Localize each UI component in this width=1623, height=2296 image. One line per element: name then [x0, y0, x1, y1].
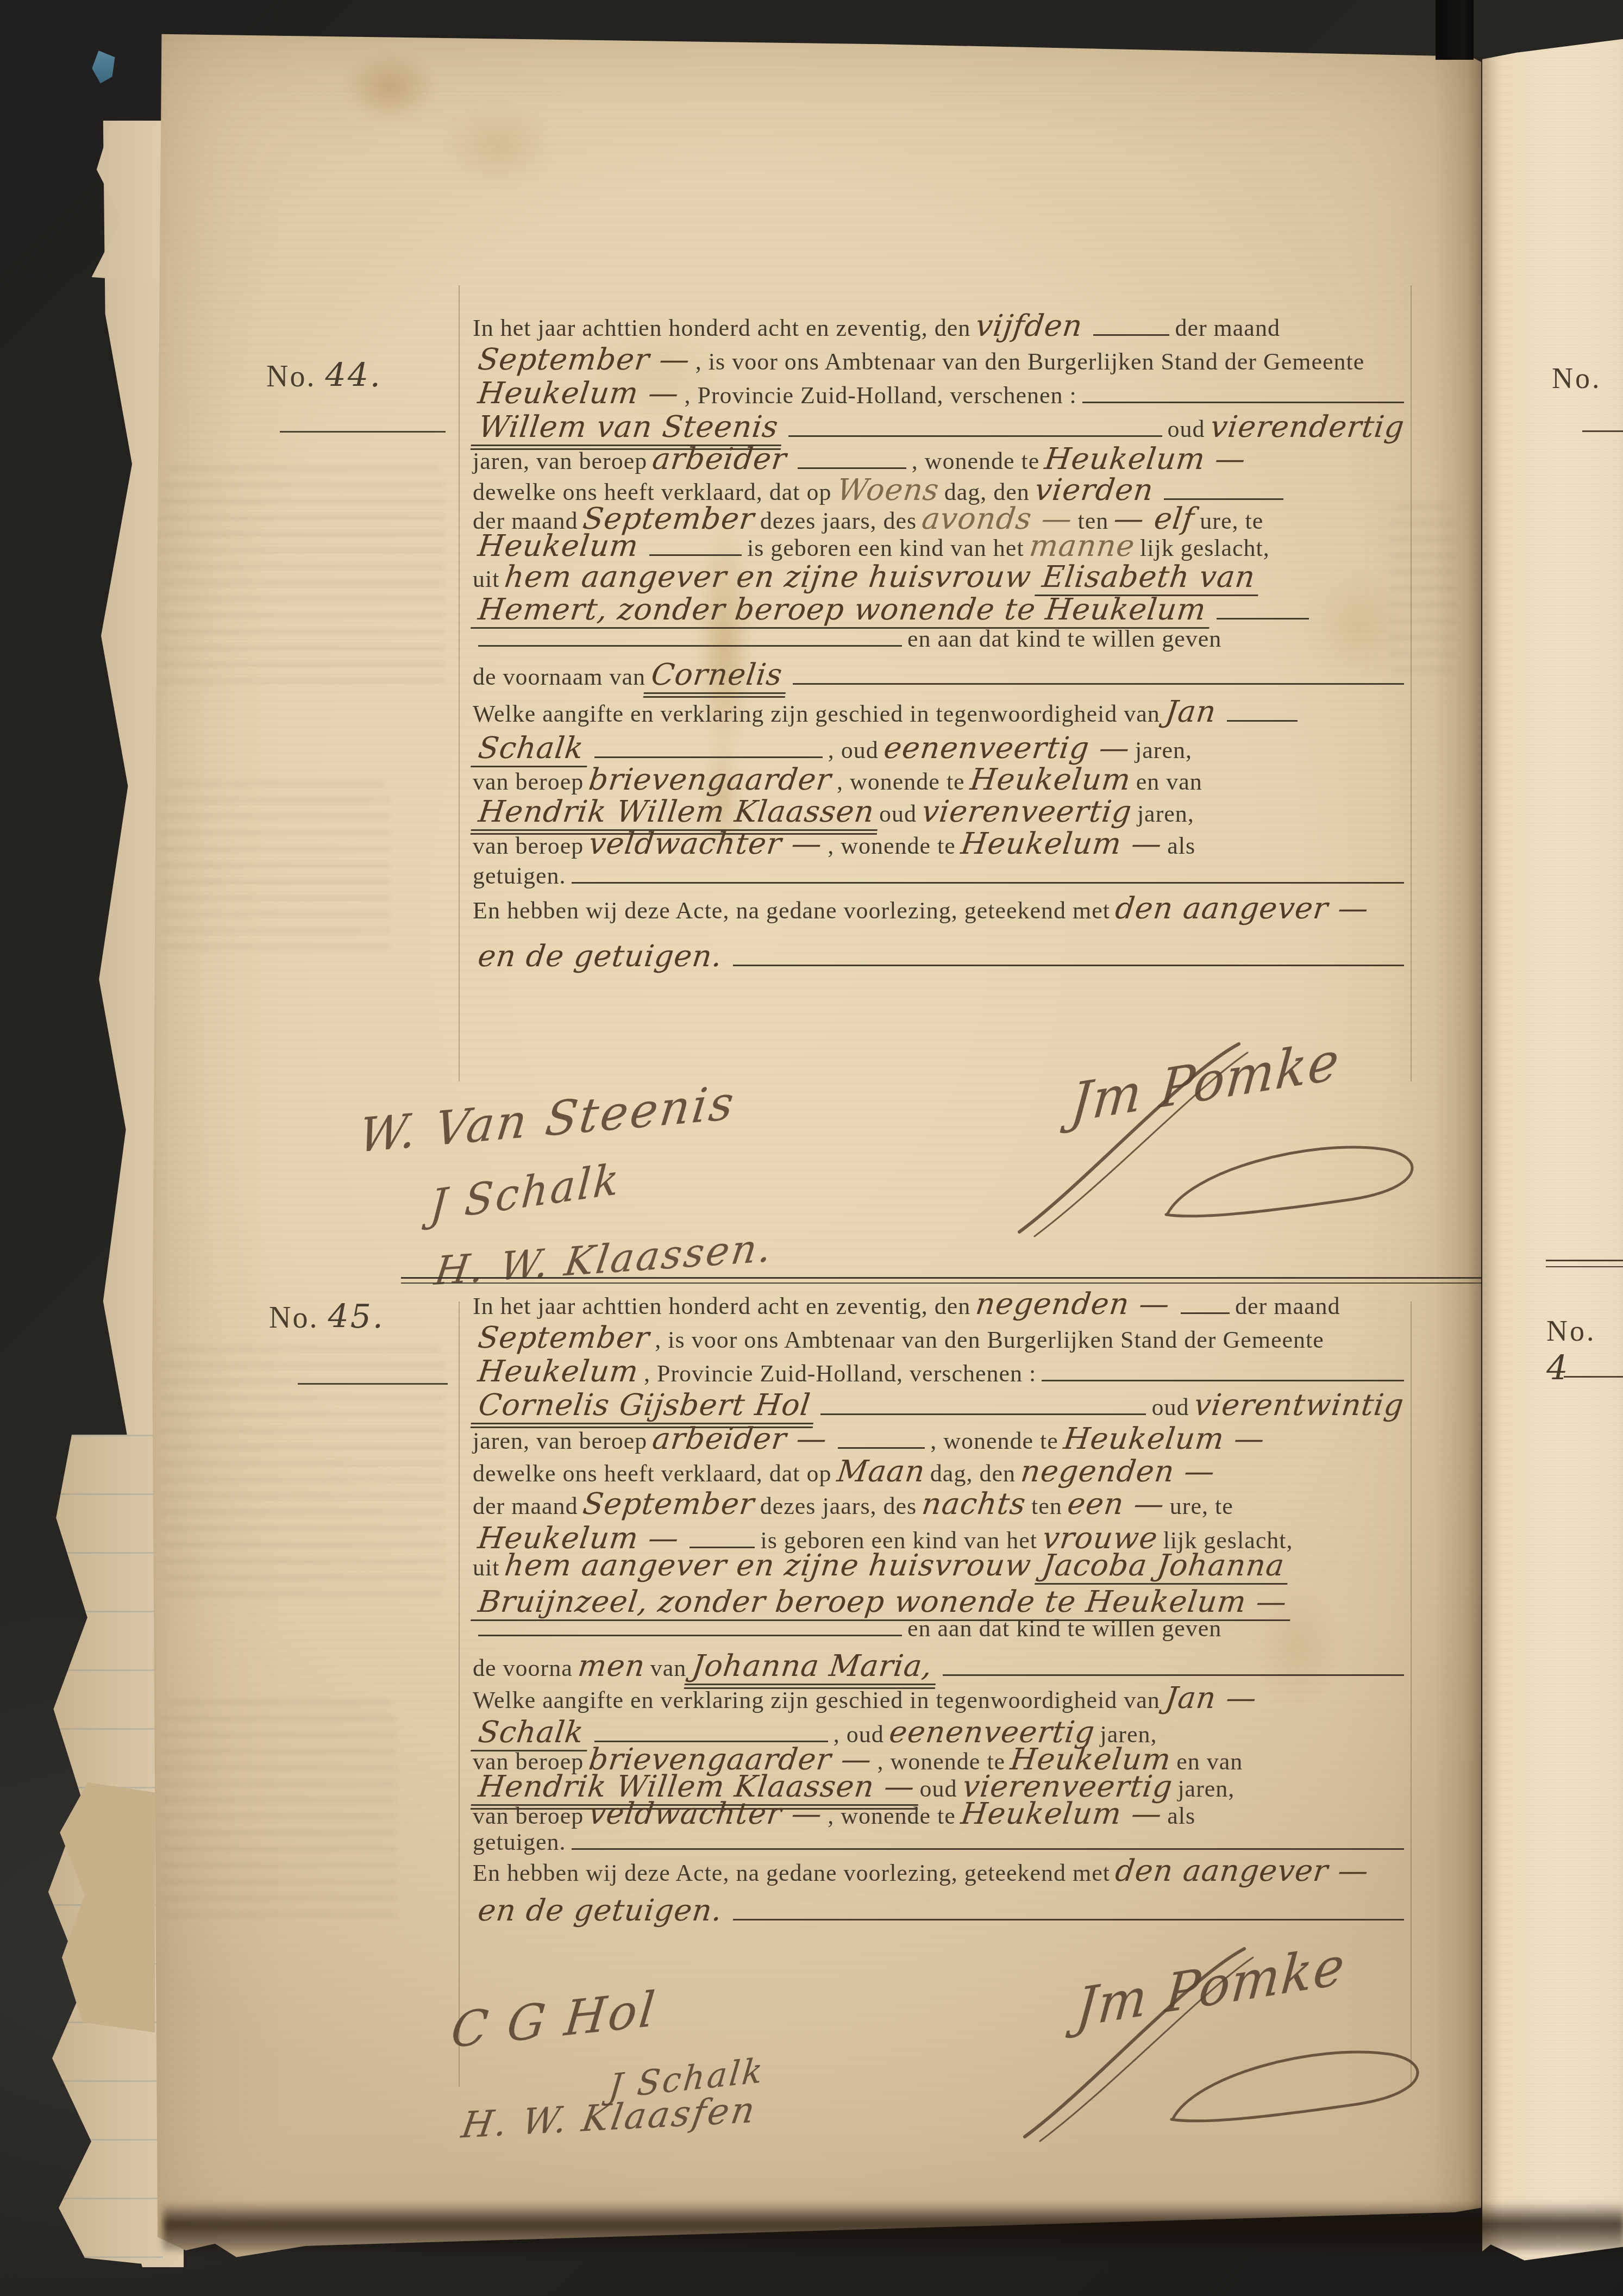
form-line: In het jaar achttien honderd acht en zev… — [473, 1289, 1409, 1319]
printed-text: , Provincie Zuid-Holland, verschenen : — [684, 384, 1076, 408]
printed-text: en van — [1136, 770, 1202, 794]
printed-text: van beroep — [473, 770, 584, 794]
facing-page-act-number: No. — [1552, 356, 1602, 396]
printed-text: uit — [473, 1556, 499, 1580]
handwritten-entry: den aangever — — [1108, 1856, 1376, 1886]
form-line: van beroep veldwachter — , wonende te He… — [473, 829, 1409, 859]
form-line: en de getuigen. — [473, 941, 1409, 971]
ruled-blank-line — [1217, 614, 1309, 620]
official-signature: Jm Pomke — [1004, 1041, 1433, 1247]
printed-text: jaren, van beroep — [473, 1429, 647, 1453]
handwritten-entry: men — [571, 1651, 652, 1681]
act-number-underline — [280, 431, 446, 433]
act-number-prefix: No. — [1546, 1315, 1596, 1347]
gutter-fold-shadow — [1434, 22, 1481, 2266]
printed-text: dewelke ons heeft verklaard, dat op — [473, 1462, 832, 1486]
ruled-blank-line — [572, 878, 1404, 884]
printed-text: ten — [1031, 1494, 1062, 1518]
printed-text: oud — [879, 802, 917, 826]
form-line: dewelke ons heeft verklaard, dat op Woen… — [473, 475, 1409, 505]
handwritten-entry: September — [471, 1323, 657, 1353]
form-line: Heukelum is geboren een kind van het man… — [473, 531, 1409, 561]
act-number-value: 45. — [328, 1298, 384, 1336]
ruled-blank-line — [1093, 330, 1169, 336]
official-signature: Jm Pomke — [1010, 1945, 1439, 2152]
handwritten-entry: veldwachter — — [582, 1799, 830, 1829]
ruled-blank-line — [1042, 1376, 1404, 1381]
ruled-blank-line — [798, 464, 906, 469]
handwritten-entry: den aangever — — [1108, 893, 1376, 923]
ruled-blank-line — [820, 1410, 1146, 1415]
form-line: Welke aangifte en verklaring zijn geschi… — [473, 697, 1409, 727]
blue-paper-scrap — [89, 50, 118, 86]
form-line: getuigen. — [473, 864, 1409, 888]
printed-text: de voorna — [473, 1656, 573, 1680]
scan-of-birth-register: { "document": { "kind": "Dutch civil reg… — [0, 0, 1623, 2296]
act-number-value: 44. — [325, 356, 381, 395]
form-line: van beroep veldwachter — , wonende te He… — [473, 1799, 1409, 1829]
handwritten-entry: arbeider — [646, 444, 794, 474]
printed-text: In het jaar achttien honderd acht en zev… — [473, 316, 970, 340]
ruled-blank-line — [478, 1631, 902, 1636]
handwritten-entry: manne — [1022, 531, 1142, 561]
form-line: de voornaam van Cornelis — [473, 660, 1409, 698]
handwritten-entry: hem aangever en zijne huisvrouw — [498, 562, 1039, 592]
ruled-blank-line — [572, 1844, 1404, 1850]
printed-text: , oud — [828, 739, 879, 762]
form-line: Hemert, zonder beroep wonende te Heukelu… — [473, 595, 1409, 629]
form-line: en aan dat kind te willen geven — [473, 627, 1409, 651]
act-number-underline — [298, 1383, 448, 1385]
facing-page-sliver — [1482, 14, 1623, 2269]
binding-tape — [1436, 0, 1474, 60]
handwritten-entry: Heukelum — [963, 765, 1138, 794]
act-divider-rule-facing-page — [1546, 1260, 1623, 1267]
printed-text: , is voor ons Ambtenaar van den Burgerli… — [695, 350, 1365, 374]
printed-text: van beroep — [473, 834, 584, 858]
printed-text: lijk geslacht, — [1140, 536, 1270, 560]
form-line: der maand September dezes jaars, des nac… — [473, 1489, 1409, 1519]
ruled-blank-line — [594, 753, 823, 758]
printed-text: en aan dat kind te willen geven — [907, 1617, 1221, 1641]
handwritten-entry: September — — [471, 345, 698, 374]
printed-text: , wonende te — [837, 770, 965, 794]
handwritten-entry: eenenveertig — — [876, 733, 1137, 763]
form-line: En hebben wij deze Acte, na gedane voorl… — [473, 893, 1409, 923]
act-number-label: No. 45. — [269, 1298, 385, 1336]
printed-text: oud — [1168, 417, 1205, 441]
act-number-prefix: No. — [266, 360, 325, 393]
form-right-rule — [1411, 285, 1412, 1081]
act-number-label: No. 44. — [266, 356, 382, 395]
form-line: September , is voor ons Ambtenaar van de… — [473, 1323, 1409, 1353]
ruled-blank-line — [838, 1443, 925, 1449]
printed-text: jaren, — [1135, 739, 1192, 762]
handwritten-entry: vierenveertig — [915, 797, 1139, 827]
form-line: Cornelis Gijsbert Hol oud vierentwintig — [473, 1390, 1409, 1428]
act-number-partial-value: 4 — [1546, 1348, 1570, 1387]
printed-text: , wonende te — [828, 1804, 956, 1828]
handwritten-entry: hem aangever en zijne huisvrouw — [498, 1550, 1039, 1580]
handwritten-entry: nachts — [915, 1489, 1033, 1519]
form-line: En hebben wij deze Acte, na gedane voorl… — [473, 1856, 1409, 1886]
handwritten-entry: Heukelum — — [1038, 444, 1253, 474]
act-divider-rule — [401, 1277, 1620, 1284]
form-line: uit hem aangever en zijne huisvrouw Elis… — [473, 562, 1409, 596]
form-line: van beroep brievengaarder , wonende te H… — [473, 765, 1409, 794]
handwritten-entry: een — — [1060, 1489, 1171, 1519]
page-bottom-shadow — [163, 2202, 1623, 2251]
printed-text: , is voor ons Ambtenaar van den Burgerli… — [655, 1328, 1324, 1352]
handwritten-entry: September — [576, 1489, 762, 1519]
ruled-blank-line — [733, 1915, 1404, 1920]
printed-text: En hebben wij deze Acte, na gedane voorl… — [473, 899, 1110, 923]
printed-text: oud — [1151, 1396, 1189, 1419]
handwritten-entry: veldwachter — — [582, 829, 830, 859]
printed-text: getuigen. — [473, 1830, 566, 1854]
printed-text: als — [1167, 1804, 1195, 1828]
handwritten-entry: Cornelis — [643, 660, 789, 698]
form-left-rule — [459, 285, 460, 1081]
ruled-blank-line — [788, 431, 1162, 437]
handwritten-entry: Jan — [1158, 697, 1223, 727]
printed-text: der maand — [1175, 316, 1280, 340]
printed-text: , wonende te — [930, 1429, 1058, 1453]
printed-text: , Provincie Zuid-Holland, verschenen : — [644, 1362, 1036, 1386]
act-number-prefix: No. — [269, 1301, 328, 1335]
printed-text: En hebben wij deze Acte, na gedane voorl… — [473, 1861, 1110, 1885]
handwritten-entry: Heukelum — — [471, 378, 686, 408]
register-left-page: No. 44.In het jaar achttien honderd acht… — [146, 22, 1481, 2266]
handwritten-entry: Woens — [830, 475, 946, 505]
act-number-prefix: No. — [1552, 362, 1602, 395]
printed-text: is geboren een kind van het — [747, 536, 1024, 560]
printed-text: der maand — [1235, 1294, 1340, 1318]
printed-text: , wonende te — [912, 449, 1040, 473]
printed-text: van beroep — [473, 1804, 584, 1828]
form-line: jaren, van beroep arbeider , wonende te … — [473, 444, 1409, 474]
form-line: In het jaar achttien honderd acht en zev… — [473, 311, 1409, 341]
printed-text: jaren, — [1137, 802, 1194, 826]
ruled-blank-line — [733, 961, 1404, 966]
printed-text: dezes jaars, des — [760, 1494, 917, 1518]
form-left-rule — [459, 1302, 460, 2087]
form-line: en aan dat kind te willen geven — [473, 1617, 1409, 1641]
handwritten-entry: Schalk — [471, 733, 591, 767]
form-line: Heukelum — , Provincie Zuid-Holland, ver… — [473, 378, 1409, 408]
printed-text: Welke aangifte en verklaring zijn geschi… — [473, 702, 1160, 726]
handwritten-entry: Heukelum — [471, 531, 646, 561]
printed-text: oud — [920, 1777, 957, 1801]
printed-text: dezes jaars, des — [760, 509, 917, 533]
handwritten-entry: Heukelum — — [1056, 1424, 1271, 1454]
facing-page-underline — [1582, 430, 1623, 432]
printed-text: de voornaam van — [473, 665, 646, 689]
handwritten-entry: vierendertig — [1203, 412, 1411, 442]
printed-text: der maand — [473, 1494, 578, 1518]
printed-text: en aan dat kind te willen geven — [907, 627, 1221, 651]
ruled-blank-line — [1181, 1309, 1230, 1314]
handwritten-entry: Jan — — [1158, 1683, 1264, 1713]
printed-text: jaren, — [1177, 1777, 1235, 1801]
printed-text: jaren, van beroep — [473, 449, 647, 473]
printed-text: en van — [1176, 1750, 1243, 1774]
form-line: getuigen. — [473, 1830, 1409, 1854]
form-line: dewelke ons heeft verklaard, dat op Maan… — [473, 1456, 1409, 1486]
ruled-blank-line — [1164, 495, 1283, 500]
form-line: Welke aangifte en verklaring zijn geschi… — [473, 1683, 1409, 1713]
handwritten-entry: vijfden — [969, 311, 1090, 341]
facing-page-underline — [1564, 1376, 1623, 1378]
ruled-blank-line — [1227, 716, 1298, 722]
handwritten-entry: arbeider — — [646, 1424, 835, 1454]
handwritten-entry: Maan — [830, 1456, 932, 1486]
printed-text: Welke aangifte en verklaring zijn geschi… — [473, 1688, 1160, 1712]
printed-text: getuigen. — [473, 864, 566, 888]
ruled-blank-line — [649, 550, 742, 556]
form-line: September — , is voor ons Ambtenaar van … — [473, 345, 1409, 374]
ruled-blank-line — [1082, 398, 1404, 403]
form-line: en de getuigen. — [473, 1895, 1409, 1925]
form-line: Heukelum , Provincie Zuid-Holland, versc… — [473, 1356, 1409, 1386]
handwritten-entry: Hemert, zonder beroep wonende te Heukelu… — [471, 595, 1213, 629]
handwritten-entry: brievengaarder — [582, 765, 839, 794]
handwritten-entry: Heukelum — — [954, 1799, 1169, 1829]
handwritten-entry: negenden — — [969, 1289, 1177, 1319]
printed-text: dag, den — [930, 1462, 1016, 1486]
handwritten-entry: vierentwintig — [1187, 1390, 1411, 1420]
handwritten-entry: en de getuigen. — [471, 941, 730, 971]
handwritten-entry: Heukelum — — [954, 829, 1169, 859]
form-line: jaren, van beroep arbeider — , wonende t… — [473, 1424, 1409, 1454]
handwritten-entry: Elisabeth van — [1035, 562, 1263, 596]
ruled-blank-line — [793, 679, 1404, 685]
printed-text: ure, te — [1200, 509, 1263, 533]
printed-text: , wonende te — [828, 834, 956, 858]
printed-text: In het jaar achttien honderd acht en zev… — [473, 1294, 970, 1318]
handwritten-entry: vierden — [1027, 475, 1160, 505]
handwritten-entry: negenden — — [1014, 1456, 1223, 1486]
handwritten-entry: Jacoba Johanna — [1035, 1550, 1292, 1585]
printed-text: ure, te — [1170, 1494, 1233, 1518]
ruled-blank-line — [943, 1671, 1404, 1676]
handwritten-entry: en de getuigen. — [471, 1895, 730, 1925]
printed-text: van — [650, 1656, 687, 1680]
printed-text: als — [1167, 834, 1195, 858]
printed-text: uit — [473, 567, 499, 591]
ruled-blank-line — [478, 641, 902, 647]
form-line: uit hem aangever en zijne huisvrouw Jaco… — [473, 1550, 1409, 1585]
handwritten-entry: Heukelum — [471, 1356, 646, 1386]
